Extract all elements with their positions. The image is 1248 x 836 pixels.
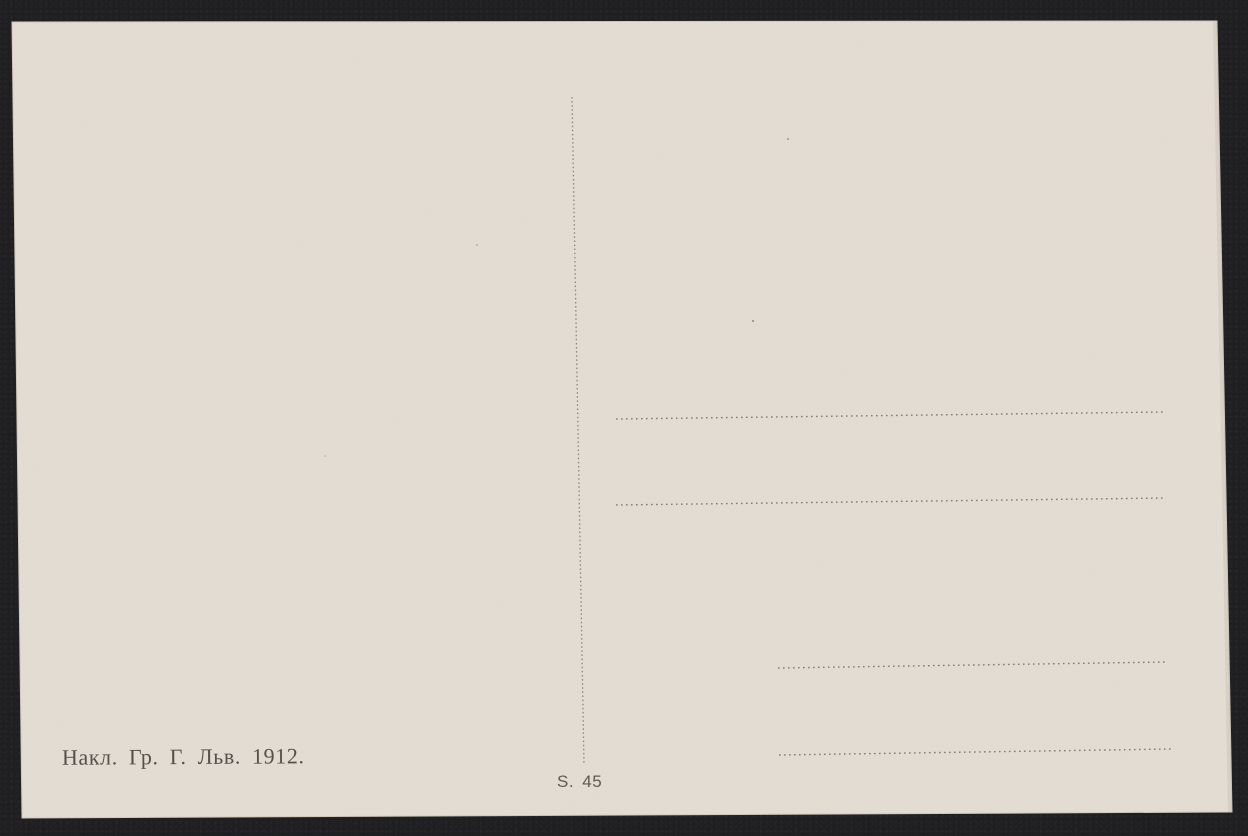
publisher-imprint: Накл. Гр. Г. Льв. 1912.: [62, 743, 305, 770]
serial-number: S. 45: [557, 772, 602, 792]
postcard-card: [0, 0, 1248, 836]
scan-stage: Накл. Гр. Г. Льв. 1912. S. 45: [0, 0, 1248, 836]
